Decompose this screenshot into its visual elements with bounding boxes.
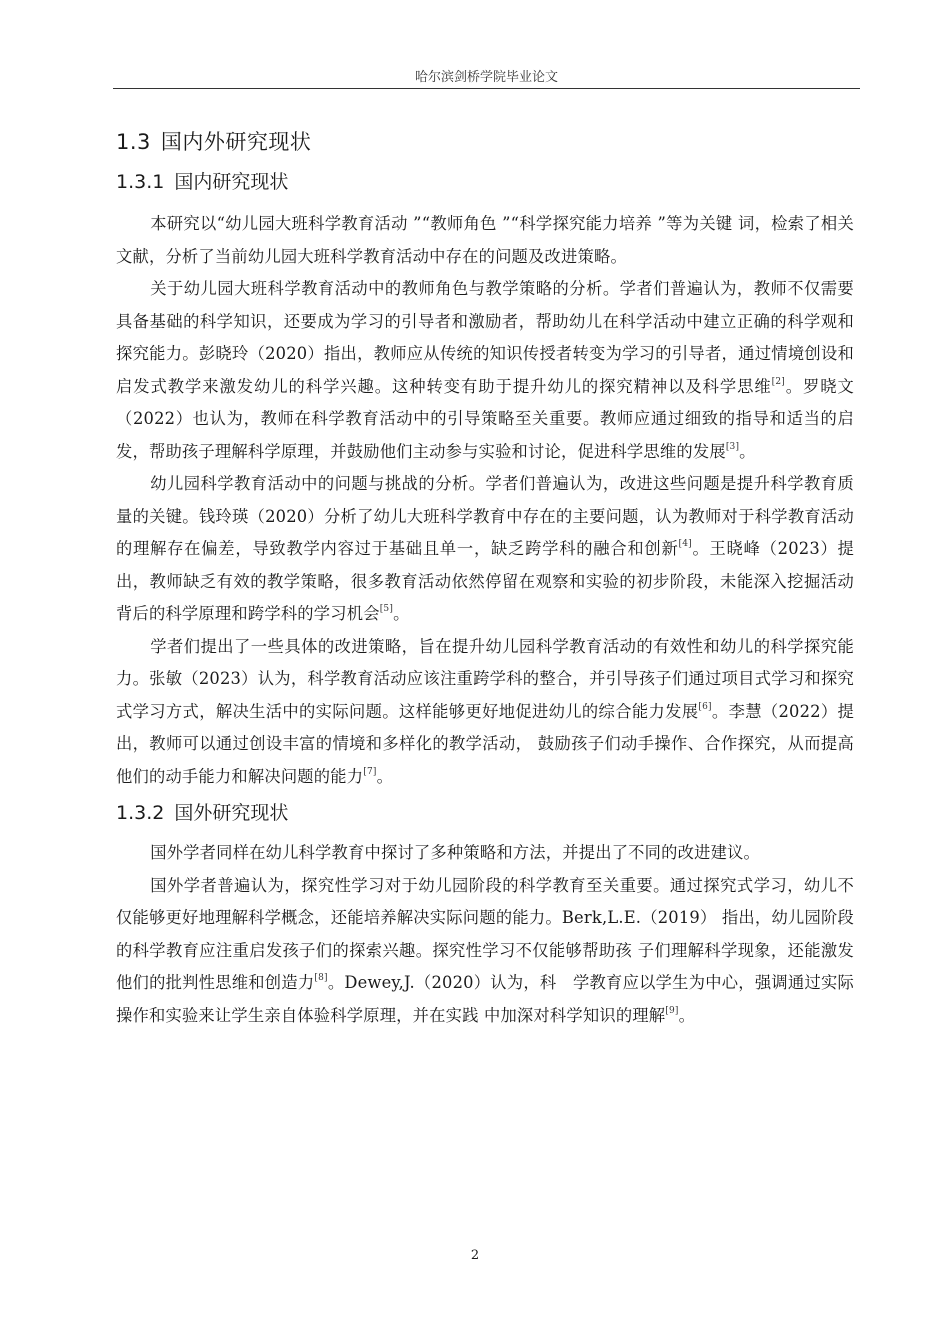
citation-reference: [2] (772, 377, 785, 387)
citation-reference: [9] (665, 1006, 678, 1016)
citation-reference: [3] (726, 442, 739, 452)
citation-reference: [7] (363, 767, 376, 777)
paragraph: 本研究以“幼儿园大班科学教育活动 ”“教师角色 ”“科学探究能力培养 ”等为关键… (116, 208, 854, 273)
paragraph: 幼儿园科学教育活动中的问题与挑战的分析。学者们普遍认为，改进这些问题是提升科学教… (116, 468, 854, 631)
paragraph: 国外学者普遍认为，探究性学习对于幼儿园阶段的科学教育至关重要。通过探究式学习，幼… (116, 870, 854, 1033)
section-title: 国内外研究现状 (161, 130, 312, 154)
subsection-title: 国内研究现状 (174, 171, 288, 193)
paragraph: 国外学者同样在幼儿科学教育中探讨了多种策略和方法，并提出了不同的改进建议。 (116, 837, 854, 870)
subsection-number: 1.3.2 (116, 802, 164, 824)
subsection-title: 国外研究现状 (174, 802, 288, 824)
header-divider (113, 88, 860, 89)
subsection-heading-domestic: 1.3.1国内研究现状 (116, 162, 854, 202)
citation-reference: [4] (679, 539, 692, 549)
page-body: 1.3国内外研究现状 1.3.1国内研究现状 本研究以“幼儿园大班科学教育活动 … (116, 122, 854, 1032)
page-number: 2 (0, 1248, 950, 1263)
subsection-number: 1.3.1 (116, 171, 164, 193)
citation-reference: [8] (314, 973, 327, 983)
paragraph: 关于幼儿园大班科学教育活动中的教师角色与教学策略的分析。学者们普遍认为，教师不仅… (116, 273, 854, 468)
section-number: 1.3 (116, 130, 151, 154)
citation-reference: [5] (380, 604, 393, 614)
running-header: 哈尔滨剑桥学院毕业论文 (113, 66, 860, 85)
paragraph: 学者们提出了一些具体的改进策略，旨在提升幼儿园科学教育活动的有效性和幼儿的科学探… (116, 631, 854, 794)
subsection-heading-foreign: 1.3.2国外研究现状 (116, 793, 854, 833)
section-heading: 1.3国内外研究现状 (116, 122, 854, 162)
citation-reference: [6] (698, 702, 711, 712)
